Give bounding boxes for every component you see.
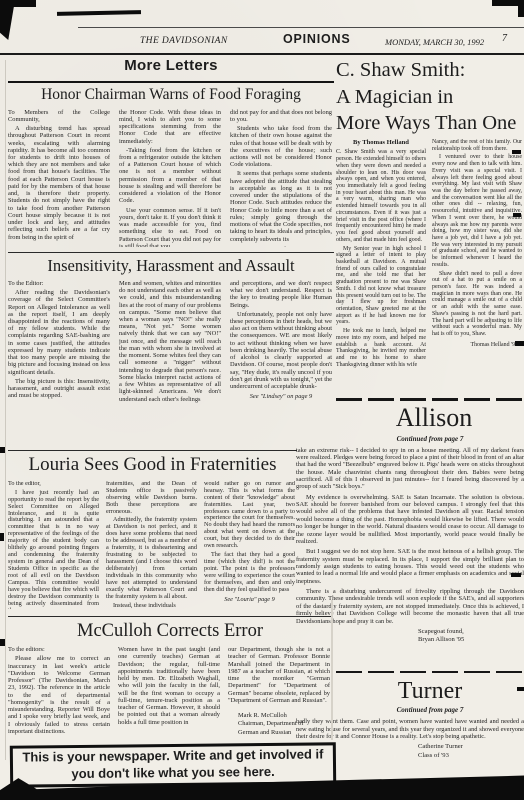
turner-signature: Catherine Turner Class of '93 [418, 743, 524, 760]
scan-artifact-top-right-2 [518, 0, 524, 17]
scan-artifact-right-dash-4 [511, 573, 521, 577]
allison-signature-line2: Bryan Allison '95 [418, 636, 524, 645]
more-letters-label: More Letters [124, 57, 218, 74]
scan-artifact-left-dash-2 [0, 533, 4, 541]
allison-turner-divider [336, 671, 524, 673]
shaw-headline-line1: C. Shaw Smith: [336, 57, 523, 84]
paragraph: -Taking food from the kitchen or from a … [119, 147, 221, 205]
paragraph: take an extreme risk-- I decided to spy … [296, 447, 524, 491]
shaw-column-1: By Thomas Helland C. Shaw Smith was a ve… [336, 139, 426, 385]
louria-column-3: would rather go on rumor and hearsay. Th… [204, 481, 295, 609]
banner-text: This is your newspaper. Write and get in… [15, 746, 331, 783]
paragraph: But I suggest we do not stop here. SAE i… [296, 548, 524, 585]
paragraph: Please allow me to correct an inaccuracy… [8, 655, 110, 735]
page-number: 7 [502, 33, 507, 44]
honor-column-2: the Honor Code. With these ideas in mind… [119, 109, 221, 247]
paragraph: Students who take food from the kitchen … [230, 125, 332, 168]
shaw-column-2: Nancy, and the rest of his family. Our r… [432, 139, 522, 385]
scan-page-edge-line [5, 60, 6, 760]
insensitivity-headline: Insensitivity, Harassment and Assault [8, 256, 334, 276]
paragraph: Shaw didn't need to pull a dove out of a… [432, 271, 522, 338]
jump-line-lindsey: See "Lindsey" on page 9 [230, 393, 332, 400]
scan-fold-streak [331, 600, 333, 740]
louria-column-1: To the editor,I have just recently had a… [8, 481, 99, 609]
shaw-headline-line2: A Magician in [336, 84, 523, 111]
paragraph: To Members of the College Community, [8, 109, 110, 123]
scan-artifact-right-dash-5 [517, 687, 524, 691]
shaw-signature: Thomas Helland '91 [432, 342, 522, 349]
louria-column-2: fraternities, and the Dean of Students o… [106, 481, 197, 609]
paragraph: and perceptions, and we don't respect wh… [230, 280, 332, 309]
honor-column-1: To Members of the College Community,A di… [8, 109, 110, 247]
paragraph: He took me to lunch, helped me move into… [336, 328, 426, 368]
louria-headline: Louria Sees Good in Fraternities [8, 454, 297, 477]
louria-article: Louria Sees Good in Fraternities To the … [8, 450, 297, 609]
shaw-headline-line3: More Ways Than One [336, 110, 523, 137]
allison-headline: Allison [296, 404, 524, 433]
allison-signature-line1: Scapegoat found, [418, 628, 524, 637]
section-label: OPINIONS [283, 32, 351, 46]
paragraph: did not pay for and that does not belong… [230, 109, 332, 123]
paragraph: Unfortunately, people not only have thes… [230, 311, 332, 391]
paragraph: the Honor Code. With these ideas in mind… [119, 109, 221, 145]
scan-artifact-right-dash-2 [513, 213, 521, 217]
paragraph: Women have in the past taught (and one c… [118, 646, 220, 726]
mcculloh-column-2: Women have in the past taught (and one c… [118, 646, 220, 744]
allison-signature: Scapegoat found, Bryan Allison '95 [418, 628, 524, 645]
scan-artifact-top-left-2 [0, 0, 36, 7]
editorial-banner: This is your newspaper. Write and get in… [10, 742, 336, 787]
shaw-byline: By Thomas Helland [336, 139, 426, 147]
honor-headline: Honor Chairman Warns of Food Foraging [8, 86, 334, 105]
scan-artifact-right-dash-1 [512, 150, 521, 154]
paragraph: My evidence is overwhelming. SAE is Sata… [296, 494, 524, 546]
jump-line-bumstead: See "Bumstead" on page 9 [230, 246, 332, 247]
paragraph: I ventured over to their house every now… [432, 154, 522, 268]
mcculloh-column-1: To the editors:Please allow me to correc… [8, 646, 110, 744]
insensitivity-article: Insensitivity, Harassment and Assault To… [8, 252, 334, 443]
paragraph: Instead, these individuals [106, 603, 197, 609]
scan-artifact-top-line [57, 10, 141, 16]
paragraph: To the editors: [8, 646, 110, 653]
newspaper-page: THE DAVIDSONIAN OPINIONS MONDAY, MARCH 3… [0, 0, 524, 800]
paragraph: Men and women, whites and minorities do … [119, 280, 221, 403]
allison-continued-line: Continued from page 7 [296, 435, 524, 443]
paragraph: I have just recently had an opportunity … [8, 490, 99, 609]
jump-line-louria: See "Louria" page 9 [204, 597, 295, 604]
paragraph: Admittedly, the fraternity system at Dav… [106, 517, 197, 600]
honor-article: Honor Chairman Warns of Food Foraging To… [8, 86, 334, 247]
paragraph: My Senior year in high school I signed a… [336, 246, 426, 327]
paragraph: Nancy, and the rest of his family. Our r… [432, 139, 522, 152]
turner-signature-line1: Catherine Turner [418, 743, 524, 752]
paragraph: To the editor, [8, 481, 99, 488]
paragraph: fraternities, and the Dean of Students o… [106, 481, 197, 516]
shaw-article: C. Shaw Smith: A Magician in More Ways T… [336, 57, 523, 385]
insensitivity-column-1: To the Editor:After reading the Davidson… [8, 280, 110, 443]
paragraph: would rather go on rumor and hearsay. Th… [204, 481, 295, 550]
masthead-title: THE DAVIDSONIAN [140, 36, 228, 46]
header-rule-bottom [0, 53, 524, 55]
turner-signature-line2: Class of '93 [418, 752, 524, 761]
paragraph: After reading the Davidsonian's coverage… [8, 289, 110, 376]
header-rule-top [78, 27, 524, 28]
date-label: MONDAY, MARCH 30, 1992 [385, 37, 484, 47]
scan-artifact-right-dash-3 [515, 341, 524, 346]
shaw-allison-divider [336, 398, 524, 401]
more-letters-bar: More Letters [8, 57, 334, 83]
paragraph: Use your common sense. If it isn't yours… [119, 207, 221, 247]
paragraph: The fact that they had a good time (whic… [204, 552, 295, 594]
paragraph: A disturbing trend has spread throughout… [8, 125, 110, 241]
paragraph: The big picture is this: Insensitivity, … [8, 378, 110, 400]
mcculloh-headline: McCulloh Corrects Error [8, 620, 332, 642]
allison-body: take an extreme risk-- I decided to spy … [296, 447, 524, 625]
paragraph: To the Editor: [8, 280, 110, 287]
insensitivity-column-2: Men and women, whites and minorities do … [119, 280, 221, 443]
paragraph: It seems that perhaps some students have… [230, 170, 332, 242]
honor-column-3: did not pay for and that does not belong… [230, 109, 332, 247]
mcculloh-article: McCulloh Corrects Error To the editors:P… [8, 616, 332, 744]
paragraph: C. Shaw Smith was a very special person.… [336, 149, 426, 243]
